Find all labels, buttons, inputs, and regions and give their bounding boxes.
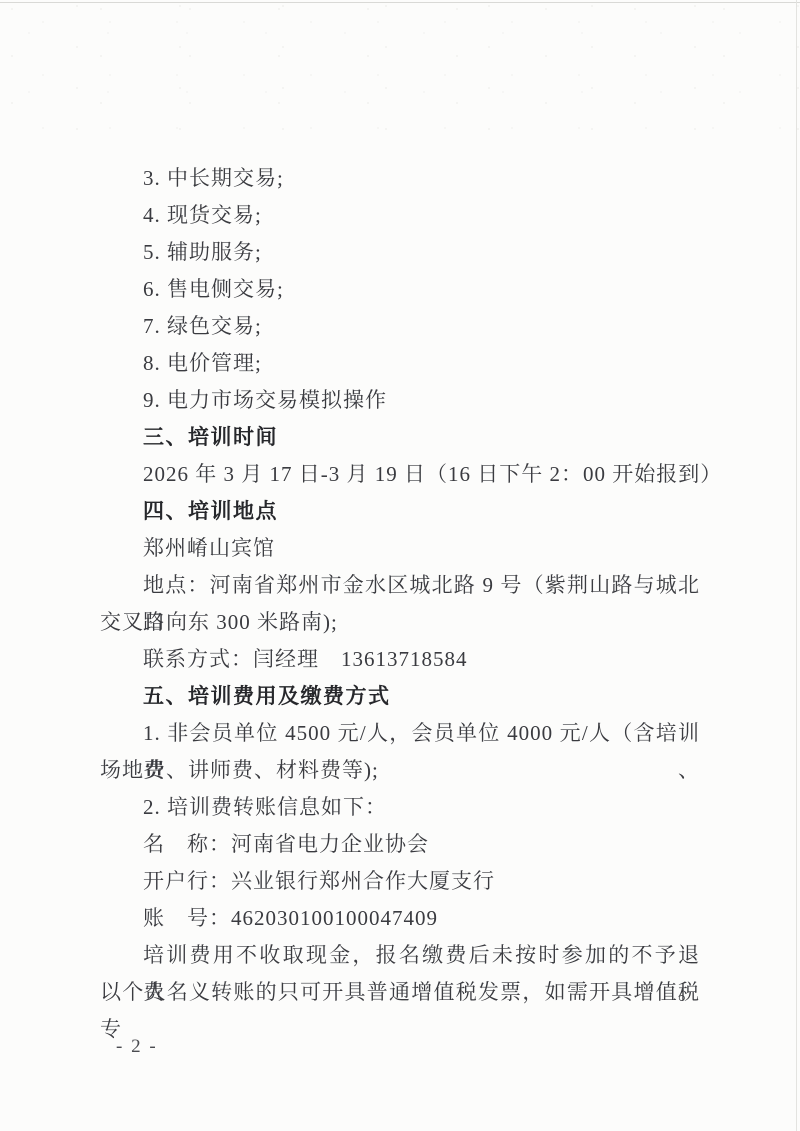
text-line: 名 称：河南省电力企业协会 (100, 826, 700, 863)
text-line: 地点：河南省郑州市金水区城北路 9 号（紫荆山路与城北路 (100, 567, 700, 604)
text-line: 郑州崤山宾馆 (100, 530, 700, 567)
document-body: 3. 中长期交易;4. 现货交易;5. 辅助服务;6. 售电侧交易;7. 绿色交… (100, 160, 700, 1011)
text-line: 培训费用不收取现金，报名缴费后未按时参加的不予退费。 (100, 937, 700, 974)
text-line: 2. 培训费转账信息如下： (100, 789, 700, 826)
text-line: 五、培训费用及缴费方式 (100, 678, 700, 715)
text-line: 三、培训时间 (100, 419, 700, 456)
text-line: 8. 电价管理; (100, 345, 700, 382)
text-line: 5. 辅助服务; (100, 234, 700, 271)
text-line: 4. 现货交易; (100, 197, 700, 234)
text-line: 联系方式：闫经理 13613718584 (100, 641, 700, 678)
text-line: 2026 年 3 月 17 日-3 月 19 日（16 日下午 2：00 开始报… (100, 456, 700, 493)
text-line: 以个人名义转账的只可开具普通增值税发票，如需开具增值税专 (100, 974, 700, 1011)
text-line: 四、培训地点 (100, 493, 700, 530)
text-line: 开户行：兴业银行郑州合作大厦支行 (100, 863, 700, 900)
text-line: 7. 绿色交易; (100, 308, 700, 345)
scan-noise-texture (0, 0, 800, 130)
scan-edge-right (796, 0, 797, 1131)
text-line: 账 号：462030100100047409 (100, 900, 700, 937)
page-number: - 2 - (116, 1036, 158, 1058)
text-line: 交叉口向东 300 米路南); (100, 604, 700, 641)
scan-edge-top (0, 2, 800, 3)
text-line: 9. 电力市场交易模拟操作 (100, 382, 700, 419)
text-line: 1. 非会员单位 4500 元/人，会员单位 4000 元/人（含培训费、 (100, 715, 700, 752)
scanned-document-page: 3. 中长期交易;4. 现货交易;5. 辅助服务;6. 售电侧交易;7. 绿色交… (0, 0, 800, 1131)
text-line: 3. 中长期交易; (100, 160, 700, 197)
text-line: 6. 售电侧交易; (100, 271, 700, 308)
